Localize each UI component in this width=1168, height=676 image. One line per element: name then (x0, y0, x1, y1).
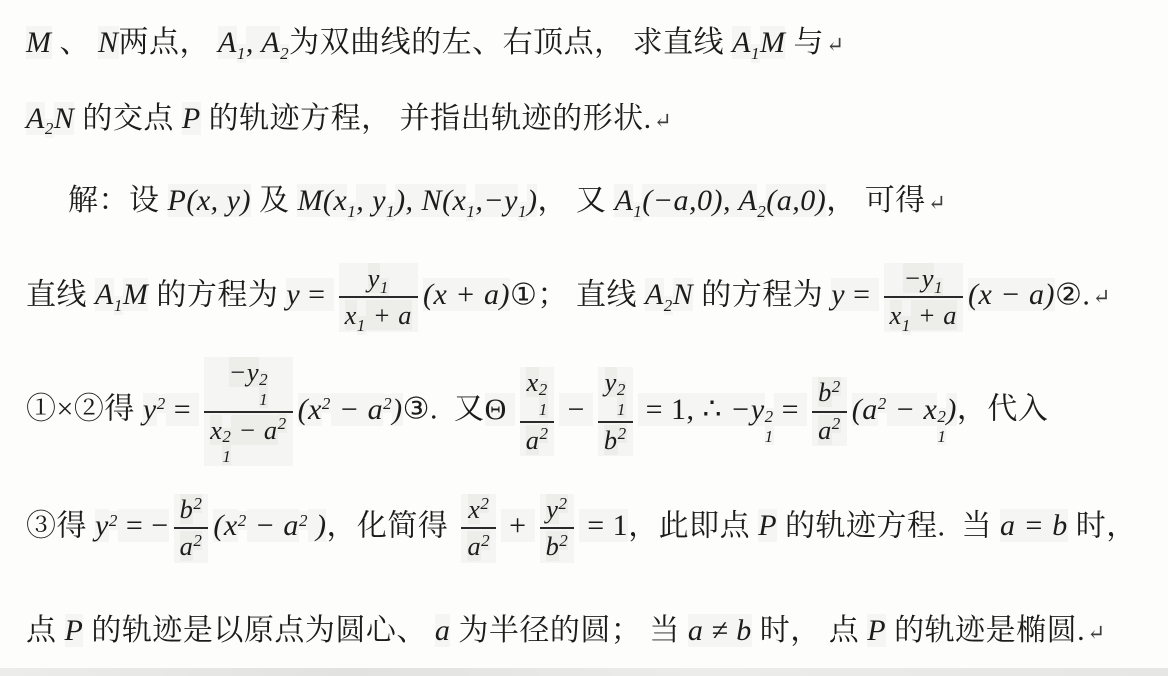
math-run: A (645, 278, 664, 311)
math-run: a (435, 614, 451, 647)
math-run: (x + a) (423, 278, 510, 311)
return-mark-icon: ↵ (824, 33, 845, 57)
math-symbol: − (559, 393, 592, 426)
math-run: + a (911, 300, 957, 330)
math-run: y (831, 278, 845, 311)
fraction-numerator: x21 (520, 367, 553, 420)
superscript: 2 (193, 494, 202, 513)
subscript: 2 (45, 119, 54, 138)
math-run: , (246, 26, 261, 59)
math-run: M (123, 278, 149, 311)
math-run: A (218, 26, 237, 59)
superscript: 2 (559, 531, 568, 550)
text-run: 直线 (26, 278, 95, 311)
math-run: a (180, 531, 194, 561)
math-symbol: = 1, ∴ (638, 393, 731, 426)
math-symbol: = − (118, 509, 169, 542)
text-run: 两点， (119, 26, 219, 59)
math-run: a = b (1000, 509, 1068, 542)
math-run: y (605, 367, 617, 397)
math-run: P (758, 509, 777, 542)
subscript: 2 (280, 44, 289, 63)
math-run: y (368, 263, 380, 293)
math-run: N (98, 26, 119, 59)
fraction-numerator: −y1 (897, 263, 949, 297)
superscript: 2 (481, 531, 490, 550)
line-content: 解：设 P(x, y) 及 M(x1, y1), N(x1,−y1)， 又 A1… (26, 175, 946, 219)
math-symbol: = (845, 278, 878, 311)
superscript: 2 (832, 414, 841, 433)
superscript: 2 (278, 414, 287, 433)
math-symbol: = (300, 278, 333, 311)
fraction-numerator: y21 (599, 367, 632, 420)
math-symbol: + (501, 509, 534, 542)
line-content: 直线 A1M 的方程为 y = y1x1 + a(x + a)①； 直线 A2N… (26, 263, 1111, 332)
subscript: 1 (518, 202, 527, 221)
math-run: −y (730, 393, 765, 426)
math-run: P (182, 102, 201, 135)
superscript: 2 (299, 511, 308, 530)
equation-line-1-2: 直线 A1M 的方程为 y = y1x1 + a(x + a)①； 直线 A2N… (26, 241, 1142, 353)
subscript: 1 (259, 391, 268, 408)
superscript: 2 (322, 394, 331, 413)
math-run: x (468, 494, 480, 524)
math-run: − a (331, 393, 383, 426)
subscript: 2 (757, 202, 766, 221)
math-run: + a (366, 300, 412, 330)
math-run: a (526, 425, 540, 455)
subscript: 1 (357, 316, 366, 335)
math-run: N (673, 278, 694, 311)
fraction-denominator: a2 (461, 527, 496, 563)
solution-setup-line: 解：设 P(x, y) 及 M(x1, y1), N(x1,−y1)， 又 A1… (26, 154, 1142, 242)
return-mark-icon: ↵ (1085, 621, 1106, 645)
fraction-denominator: a2 (520, 421, 555, 457)
superscript: 2 (618, 424, 627, 443)
text-run: 的交点 (74, 102, 182, 135)
math-run: − x (887, 393, 938, 426)
fraction-denominator: a2 (812, 411, 847, 447)
fraction-numerator: −y21 (223, 357, 275, 410)
fraction-numerator: b2 (812, 377, 847, 411)
line-content: ①×②得 y2 = −y21x21 − a2(x2 − a2)③. 又Θ x21… (26, 357, 1048, 466)
math-run: x (345, 300, 357, 330)
subscript: 1 (934, 278, 943, 297)
math-fraction: b2a2 (174, 494, 209, 563)
superscript: 2 (832, 377, 841, 396)
subscript: 1 (380, 278, 389, 297)
fraction-denominator: x1 + a (884, 296, 963, 332)
text-run: ③得 (26, 509, 95, 542)
text-run: 解：设 (68, 184, 168, 217)
math-run: N (54, 102, 75, 135)
math-fraction: x21a2 (520, 367, 555, 456)
subscript: 1 (222, 448, 231, 465)
subscript: 1 (114, 296, 123, 315)
subscript: 1 (539, 401, 548, 418)
text-run: ③. 又 (403, 393, 485, 426)
math-run: M (26, 26, 52, 59)
fraction-numerator: b2 (174, 494, 209, 528)
conclusion-line: 点 P 的轨迹是以原点为圆心、 a 为半径的圆； 当 a ≠ b 时， 点 P … (26, 586, 1142, 668)
math-run: a (818, 415, 832, 445)
superscript: 2 (383, 394, 392, 413)
subscript: 1 (751, 44, 760, 63)
text-run: 的轨迹是椭圆. (886, 614, 1085, 647)
math-run: y (143, 393, 157, 426)
math-run: x (210, 415, 222, 445)
math-run: x (890, 300, 902, 330)
text-run: 、 (52, 26, 99, 59)
subscript: 1 (466, 202, 475, 221)
text-run: ，此即点 (628, 509, 758, 542)
fraction-denominator: x1 + a (339, 296, 418, 332)
text-run: 的轨迹是以原点为圆心、 (83, 614, 435, 647)
text-run: 的方程为 (693, 278, 831, 311)
subscript: 2 (664, 296, 673, 315)
line-content: ③得 y2 = −b2a2(x2 − a2 )，化简得 x2a2 + y2b2 … (26, 494, 1137, 563)
text-run: 与 (785, 26, 824, 59)
fraction-numerator: y2 (540, 494, 573, 528)
math-run: b (818, 377, 832, 407)
math-fraction: x2a2 (461, 494, 496, 563)
math-run: A (732, 26, 751, 59)
superscript: 2 (765, 408, 774, 425)
math-fraction: y1x1 + a (339, 263, 418, 332)
subscript: 1 (617, 401, 626, 418)
superscript: 2 (937, 408, 946, 425)
text-run: 的方程为 (148, 278, 286, 311)
superscript: 2 (259, 371, 268, 388)
fraction-denominator: x21 − a2 (204, 411, 292, 466)
superscript: 2 (539, 381, 548, 398)
fraction-denominator: b2 (598, 421, 633, 457)
math-fraction: −y21x21 − a2 (204, 357, 292, 466)
return-mark-icon: ↵ (1090, 285, 1111, 309)
math-run: ) (308, 509, 327, 542)
math-run: P(x, y) (168, 184, 251, 217)
math-symbol: = (166, 393, 199, 426)
math-run: A (26, 102, 45, 135)
text-line-2: A2N 的交点 P 的轨迹方程， 并指出轨迹的形状.↵ (26, 76, 1142, 154)
math-run: M(x (297, 184, 347, 217)
math-run: −y (903, 263, 934, 293)
math-run: ) (527, 184, 538, 217)
math-run: y (546, 494, 558, 524)
math-run: P (65, 614, 84, 647)
fraction-denominator: a2 (174, 527, 209, 563)
math-run: b (604, 425, 618, 455)
superscript: 2 (617, 381, 626, 398)
subscript: 1 (347, 202, 356, 221)
text-run: 点 (26, 614, 65, 647)
fraction-numerator: y1 (362, 263, 395, 297)
text-run: 为半径的圆； 当 (450, 614, 688, 647)
math-run: (−a,0), A (642, 184, 757, 217)
text-run: ①； 直线 (510, 278, 645, 311)
line-content: A2N 的交点 P 的轨迹方程， 并指出轨迹的形状.↵ (26, 93, 672, 137)
text-run: ，化简得 (326, 509, 456, 542)
math-run: (x (213, 509, 237, 542)
subscript: 1 (633, 202, 642, 221)
math-symbol: = (774, 393, 807, 426)
text-run: ， 可得 (826, 184, 926, 217)
math-run: ) (946, 393, 957, 426)
math-run: a (467, 531, 481, 561)
math-run: y (95, 509, 109, 542)
fraction-numerator: x2 (462, 494, 495, 528)
math-run: b (180, 494, 194, 524)
math-run: ) (392, 393, 403, 426)
math-run: x (526, 367, 538, 397)
math-sub-sup-stack: 21 (937, 408, 946, 445)
math-run: A (95, 278, 114, 311)
math-run: (x (298, 393, 322, 426)
math-run: A (614, 184, 633, 217)
math-run: (x − a) (968, 278, 1055, 311)
text-run: ， 又 (537, 184, 614, 217)
math-run: (a (852, 393, 878, 426)
superscript: 2 (878, 394, 887, 413)
superscript: 2 (193, 531, 202, 550)
text-run: 的轨迹方程. 当 (777, 509, 1000, 542)
subscript: 1 (902, 316, 911, 335)
math-run: b (546, 531, 560, 561)
text-line-1: M 、 N两点， A1, A2为双曲线的左、右顶点， 求直线 A1M 与↵ (26, 2, 1142, 76)
math-run: y (286, 278, 300, 311)
math-run: , y (356, 184, 386, 217)
text-run: 及 (251, 184, 298, 217)
text-run: 时， (1068, 509, 1137, 542)
text-run: ②. (1055, 278, 1090, 311)
math-fraction: y21b2 (598, 367, 633, 456)
math-sub-sup-stack: 21 (259, 371, 268, 408)
math-fraction: y2b2 (540, 494, 575, 563)
subscript: 1 (386, 202, 395, 221)
math-run: ), N(x (395, 184, 466, 217)
return-mark-icon: ↵ (926, 191, 947, 215)
math-run: P (867, 614, 886, 647)
line-content: M 、 N两点， A1, A2为双曲线的左、右顶点， 求直线 A1M 与↵ (26, 17, 845, 61)
superscript: 2 (157, 394, 166, 413)
return-mark-icon: ↵ (652, 109, 673, 133)
math-sub-sup-stack: 21 (539, 381, 548, 418)
text-run: ，代入 (957, 393, 1049, 426)
subscript: 1 (937, 428, 946, 445)
text-run: 的轨迹方程， 并指出轨迹的形状. (201, 102, 652, 135)
subscript: 1 (237, 44, 246, 63)
math-run: a ≠ b (688, 614, 752, 647)
math-fraction: b2a2 (812, 377, 847, 446)
superscript: 2 (559, 494, 568, 513)
document-body: M 、 N两点， A1, A2为双曲线的左、右顶点， 求直线 A1M 与↵A2N… (26, 0, 1142, 668)
text-run: 为双曲线的左、右顶点， 求直线 (289, 26, 732, 59)
math-sub-sup-stack: 21 (617, 381, 626, 418)
math-run: M (760, 26, 786, 59)
superscript: 2 (539, 424, 548, 443)
math-run: − a (247, 509, 299, 542)
math-run: ,−y (475, 184, 518, 217)
superscript: 2 (480, 494, 489, 513)
superscript: 2 (109, 511, 118, 530)
math-sub-sup-stack: 21 (765, 408, 774, 445)
equation-line-3: ①×②得 y2 = −y21x21 − a2(x2 − a2)③. 又Θ x21… (26, 353, 1142, 471)
fraction-denominator: b2 (540, 527, 575, 563)
subscript: 1 (765, 428, 774, 445)
text-run: ①×②得 (26, 393, 143, 426)
equation-line-4: ③得 y2 = −b2a2(x2 − a2 )，化简得 x2a2 + y2b2 … (26, 471, 1142, 587)
math-run: A (261, 26, 280, 59)
math-run: − a (231, 415, 277, 445)
math-run: (a,0) (766, 184, 826, 217)
math-symbol: Θ (485, 393, 515, 426)
bottom-edge-artifact (0, 668, 1168, 676)
superscript: 2 (238, 511, 247, 530)
line-content: 点 P 的轨迹是以原点为圆心、 a 为半径的圆； 当 a ≠ b 时， 点 P … (26, 605, 1106, 649)
text-run: 时， 点 (752, 614, 868, 647)
math-symbol: = 1 (579, 509, 628, 542)
math-fraction: −y1x1 + a (884, 263, 963, 332)
document-page: M 、 N两点， A1, A2为双曲线的左、右顶点， 求直线 A1M 与↵A2N… (0, 0, 1168, 676)
math-run: −y (229, 357, 260, 387)
